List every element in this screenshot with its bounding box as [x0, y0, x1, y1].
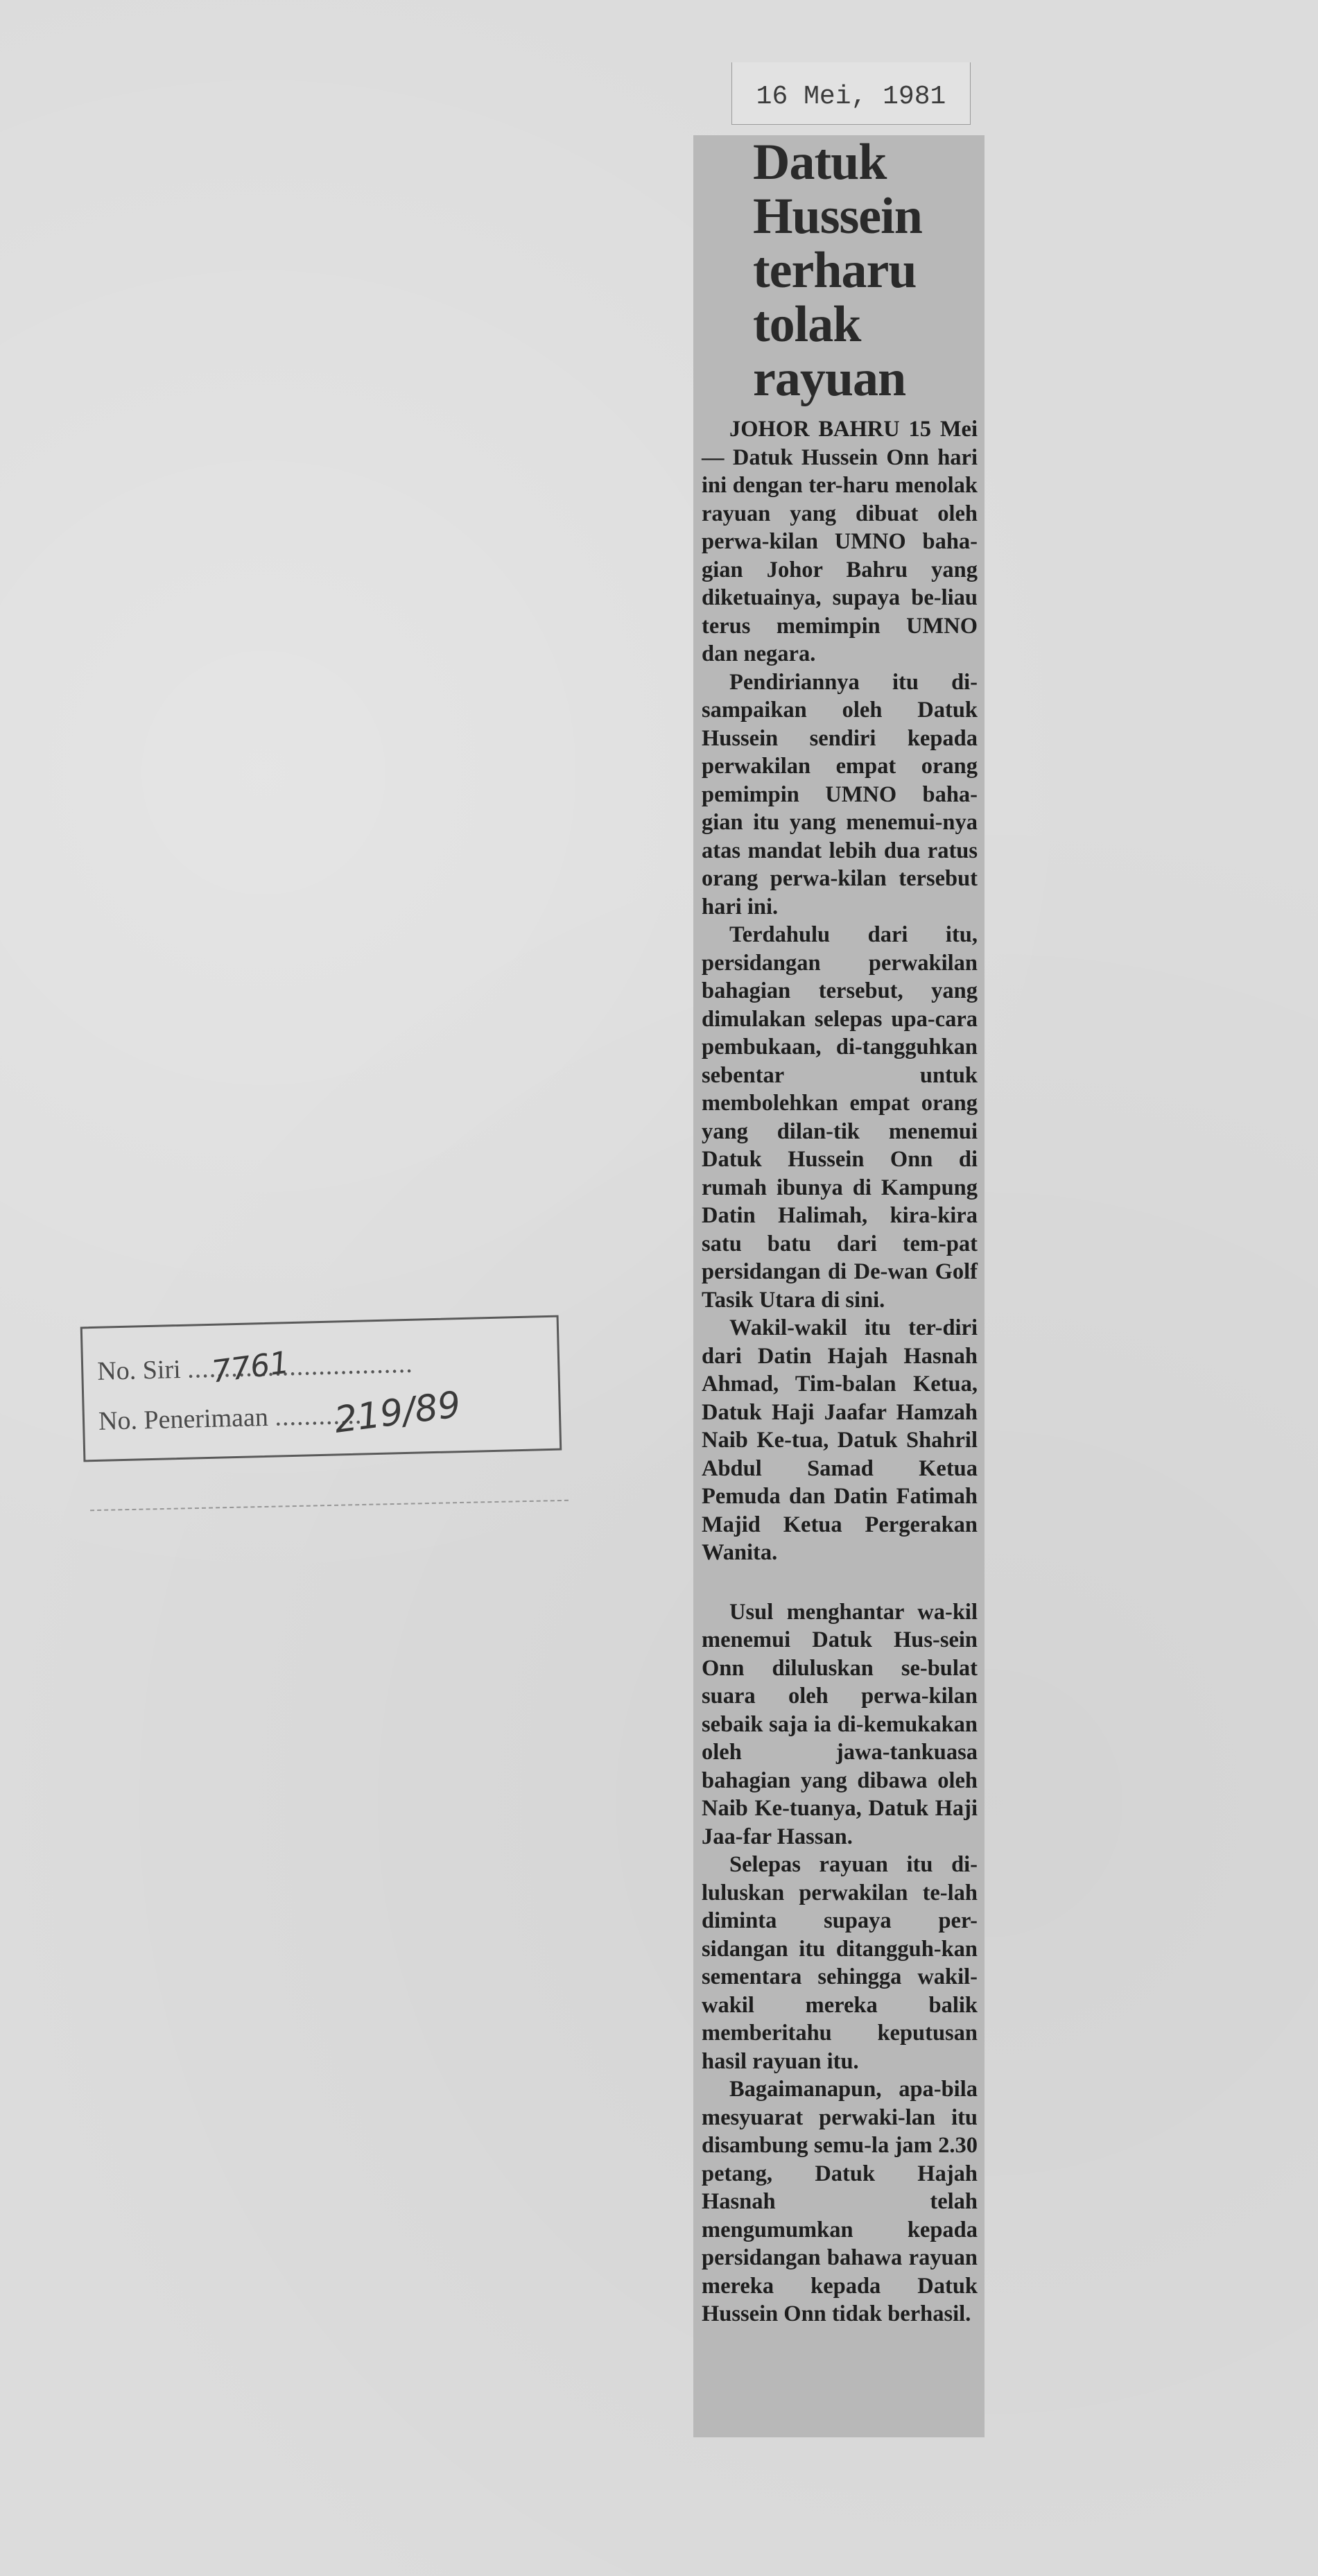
archive-stamp: No. Siri ...............................… [80, 1315, 562, 1462]
article-paragraph: Selepas rayuan itu di-luluskan perwakila… [702, 1851, 978, 2075]
paper-scuff-line [90, 1500, 569, 1511]
headline: Datuk Hussein terharu tolak rayuan [753, 135, 980, 406]
headline-line: tolak [753, 297, 980, 352]
stamp-penerimaan-row: No. Penerimaan ............ 219/89 [98, 1400, 363, 1437]
article-paragraph: Usul menghantar wa-kil menemui Datuk Hus… [702, 1598, 978, 1851]
penerimaan-label: No. Penerimaan [98, 1403, 269, 1436]
stamp-siri-row: No. Siri ...............................… [97, 1349, 413, 1387]
siri-handwritten-value: 7761 [209, 1345, 291, 1390]
siri-label: No. Siri [97, 1355, 181, 1386]
article-paragraph: JOHOR BAHRU 15 Mei — Datuk Hussein Onn h… [702, 415, 978, 668]
headline-line: Hussein [753, 189, 980, 243]
headline-line: terharu [753, 243, 980, 297]
paragraph-gap [702, 1567, 978, 1598]
headline-line: rayuan [753, 352, 980, 406]
headline-line: Datuk [753, 135, 980, 189]
newspaper-clipping: Datuk Hussein terharu tolak rayuan JOHOR… [693, 135, 985, 2437]
article-paragraph: Bagaimanapun, apa-bila mesyuarat perwaki… [702, 2075, 978, 2328]
article-paragraph: Terdahulu dari itu, persidangan perwakil… [702, 921, 978, 1314]
penerimaan-handwritten-value: 219/89 [332, 1384, 463, 1442]
article-paragraph: Pendiriannya itu di-sampaikan oleh Datuk… [702, 668, 978, 922]
article-paragraph: Wakil-wakil itu ter-diri dari Datin Haja… [702, 1314, 978, 1567]
date-label: 16 Mei, 1981 [731, 62, 971, 125]
article-body: JOHOR BAHRU 15 Mei — Datuk Hussein Onn h… [700, 415, 980, 2328]
